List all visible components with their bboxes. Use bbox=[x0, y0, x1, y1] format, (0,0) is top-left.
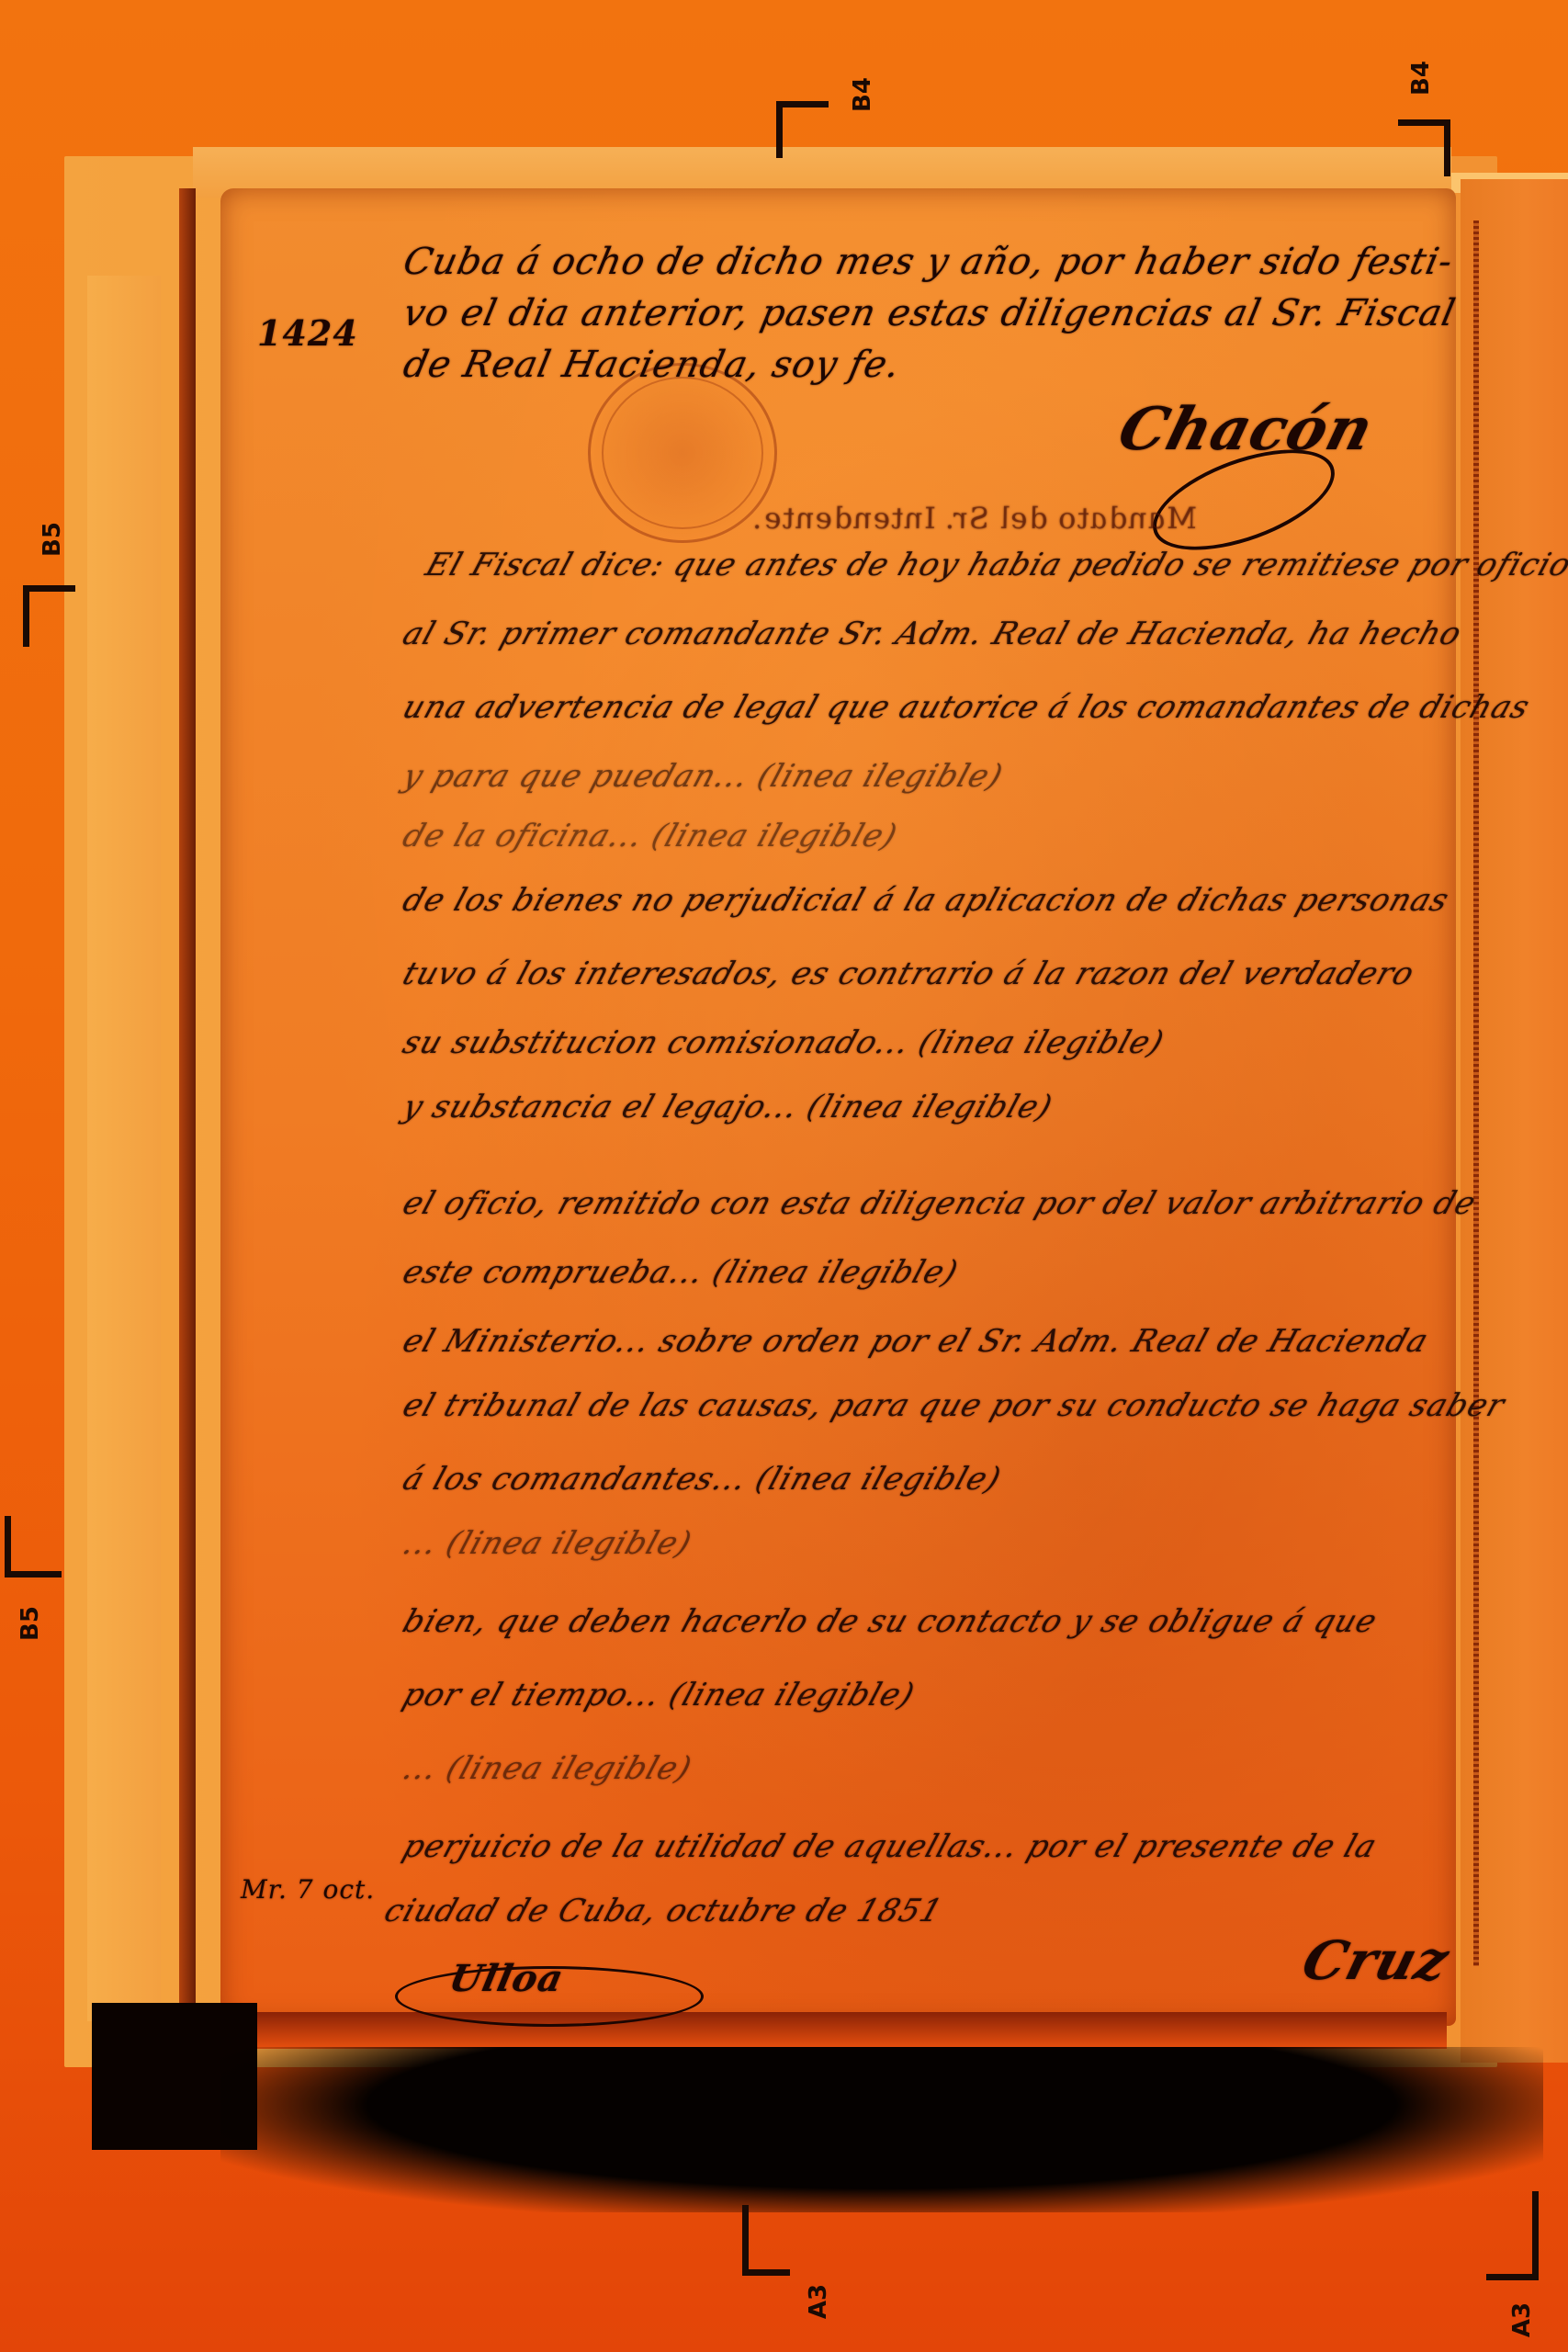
body-line: ... (linea ilegible) bbox=[399, 1750, 697, 1787]
header-line-1: Cuba á ocho de dicho mes y año, por habe… bbox=[400, 241, 1457, 283]
crop-mark-left-bottom bbox=[5, 1516, 62, 1577]
body-line: de la oficina... (linea ilegible) bbox=[399, 818, 903, 854]
crop-mark-bottom-right bbox=[1486, 2191, 1539, 2280]
crop-label-a3-bottom-right: A3 bbox=[1508, 2302, 1536, 2337]
body-line: perjuicio de la utilidad de aquellas... … bbox=[399, 1828, 1382, 1865]
signature-chacon: Chacón bbox=[1111, 395, 1381, 464]
seal-stamp-icon bbox=[588, 363, 777, 543]
body-line: por el tiempo... (linea ilegible) bbox=[399, 1677, 920, 1713]
body-line: el Ministerio... sobre orden por el Sr. … bbox=[399, 1323, 1434, 1360]
crop-mark-top-left bbox=[776, 101, 829, 158]
body-line: este comprueba... (linea ilegible) bbox=[399, 1254, 964, 1291]
body-line: á los comandantes... (linea ilegible) bbox=[399, 1461, 1007, 1498]
reverse-bleed-heading: Mandato del Sr. Intendente. bbox=[750, 501, 1201, 536]
crop-mark-top-right bbox=[1398, 119, 1450, 176]
body-line: ciudad de Cuba, octubre de 1851 bbox=[380, 1893, 948, 1929]
body-line: bien, que deben hacerlo de su contacto y… bbox=[399, 1603, 1382, 1640]
crop-label-b4-top-right: B4 bbox=[1407, 61, 1435, 96]
body-line: y substancia el legajo... (linea ilegibl… bbox=[399, 1089, 1058, 1125]
body-line: una advertencia de legal que autorice á … bbox=[399, 689, 1535, 726]
binding-stitch-line bbox=[1473, 220, 1479, 1966]
header-line-3: de Real Hacienda, soy fe. bbox=[400, 344, 904, 386]
signature-flourish-icon bbox=[395, 1966, 704, 2027]
folder-edge-shadow bbox=[179, 188, 196, 2026]
body-line: tuvo á los interesados, es contrario á l… bbox=[399, 955, 1419, 992]
crop-label-a3-bottom-left: A3 bbox=[805, 2284, 832, 2319]
body-line: su substitucion comisionado... (linea il… bbox=[399, 1024, 1169, 1061]
body-line: el tribunal de las causas, para que por … bbox=[399, 1387, 1510, 1424]
body-line: al Sr. primer comandante Sr. Adm. Real d… bbox=[399, 616, 1467, 652]
body-line: de los bienes no perjudicial á la aplica… bbox=[399, 882, 1454, 919]
body-line: ... (linea ilegible) bbox=[399, 1525, 697, 1562]
body-line: y para que puedan... (linea ilegible) bbox=[399, 758, 1009, 795]
crop-label-b5-left-bottom: B5 bbox=[17, 1606, 44, 1641]
crop-mark-bottom-left bbox=[742, 2205, 790, 2276]
page-bottom-edge bbox=[225, 2012, 1447, 2049]
crop-label-b5-left-top: B5 bbox=[39, 522, 66, 557]
crop-mark-left-top bbox=[23, 585, 75, 647]
header-line-2: vo el dia anterior, pasen estas diligenc… bbox=[400, 292, 1460, 334]
folder-left-strip bbox=[87, 276, 161, 2021]
body-line: el oficio, remitido con esta diligencia … bbox=[399, 1185, 1482, 1222]
crop-label-b4-top-left: B4 bbox=[849, 77, 876, 112]
shadow-band bbox=[220, 2047, 1543, 2212]
signature-cruz: Cruz bbox=[1296, 1929, 1456, 1992]
body-line: El Fiscal dice: que antes de hoy habia p… bbox=[422, 547, 1568, 583]
folio-number: 1424 bbox=[257, 312, 358, 354]
margin-note: Mr. 7 oct. bbox=[241, 1874, 375, 1905]
